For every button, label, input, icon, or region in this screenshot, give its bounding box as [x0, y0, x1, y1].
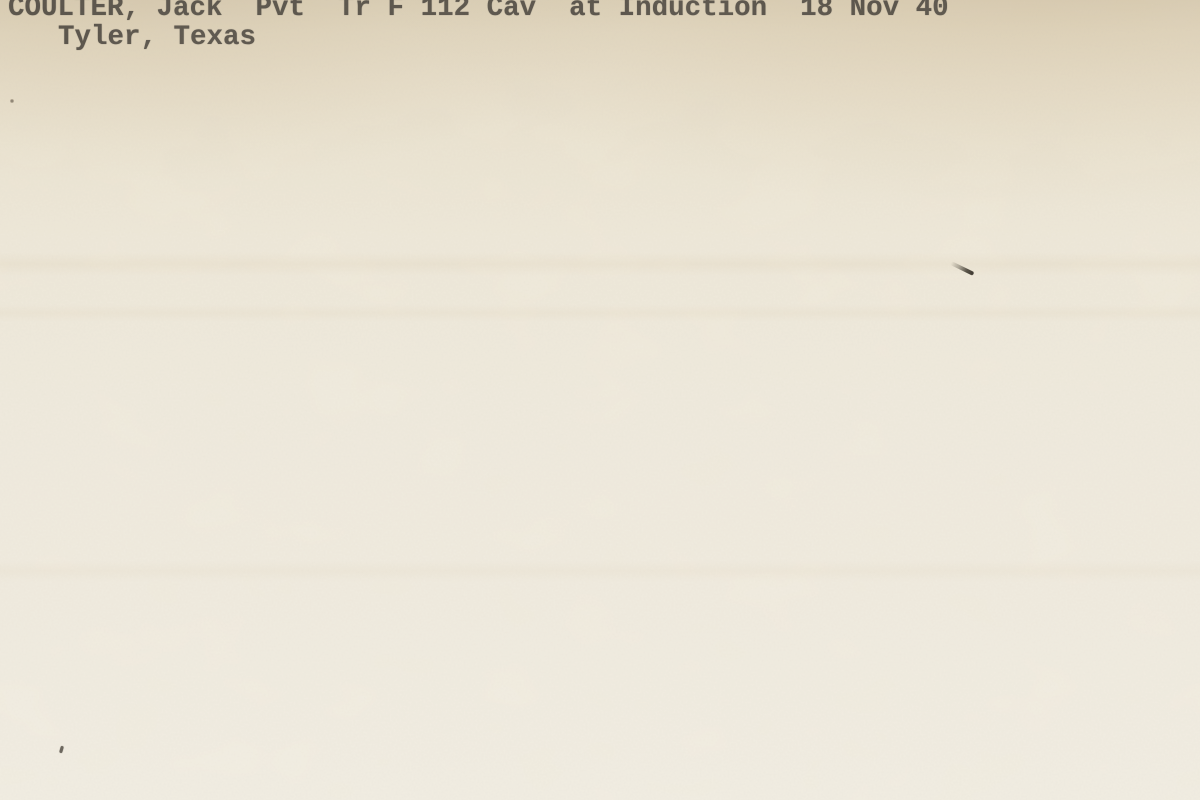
paper-grain-texture [0, 0, 1200, 800]
typed-line-city-state: Tyler, Texas [58, 23, 256, 52]
pencil-dash-mark [950, 261, 974, 276]
typed-line-name-rank-unit-date: COULTER, Jack Pvt Tr F 112 Cav at Induct… [8, 0, 949, 23]
paper-tonal-streak [0, 304, 1200, 322]
scanned-index-card: COULTER, Jack Pvt Tr F 112 Cav at Induct… [0, 0, 1200, 800]
speck-mark-bottom-left [59, 746, 64, 754]
paper-tonal-streak [0, 252, 1200, 276]
paper-tonal-streak [0, 560, 1200, 582]
speck-mark-top-left [10, 99, 14, 103]
